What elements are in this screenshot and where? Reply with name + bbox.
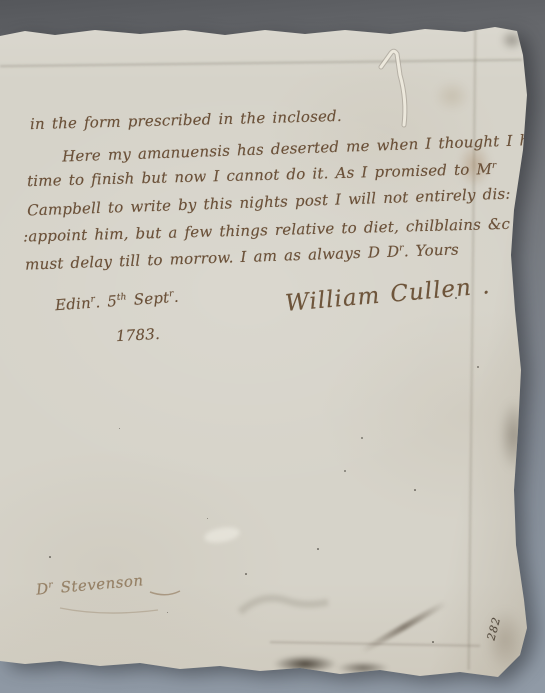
faint-marks — [0, 0, 545, 693]
docket-flourish — [150, 591, 180, 595]
speck — [49, 556, 51, 558]
speck — [455, 297, 457, 299]
speck — [245, 573, 247, 575]
speck — [317, 548, 319, 550]
speck — [207, 518, 208, 519]
speck — [119, 428, 120, 429]
speck — [414, 489, 416, 491]
speck — [167, 612, 168, 613]
letter-page-wrap: in the form prescribed in the inclosed. … — [0, 0, 545, 693]
letter-page: in the form prescribed in the inclosed. … — [0, 0, 545, 693]
speck — [361, 437, 363, 439]
faint-pencil-smudge — [240, 598, 328, 612]
photo-backdrop: in the form prescribed in the inclosed. … — [0, 0, 545, 693]
speck — [344, 470, 346, 472]
docket-underline-faint — [60, 608, 158, 613]
speck — [432, 641, 434, 643]
speck — [477, 366, 479, 368]
